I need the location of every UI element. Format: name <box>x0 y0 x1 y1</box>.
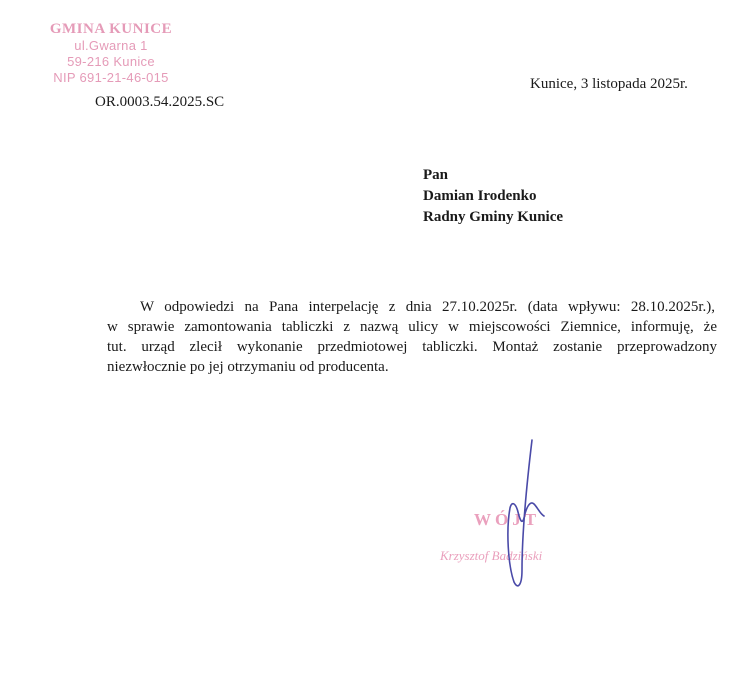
municipality-stamp: GMINA KUNICE ul.Gwarna 1 59-216 Kunice N… <box>26 20 196 86</box>
reference-number: OR.0003.54.2025.SC <box>95 94 224 111</box>
body-line: niezwłocznie po jej otrzymaniu od produc… <box>107 357 717 377</box>
letter-body: W odpowiedzi na Pana interpelację z dnia… <box>107 297 717 377</box>
addressee-salutation: Pan <box>423 165 563 186</box>
stamp-address-street: ul.Gwarna 1 <box>26 38 196 54</box>
addressee-block: Pan Damian Irodenko Radny Gminy Kunice <box>423 165 563 228</box>
body-line: w sprawie zamontowania tabliczki z nazwą… <box>107 317 717 337</box>
addressee-role: Radny Gminy Kunice <box>423 207 563 228</box>
body-line: W odpowiedzi na Pana interpelację z dnia… <box>107 297 717 317</box>
handwritten-signature-icon <box>430 430 610 600</box>
stamp-title: GMINA KUNICE <box>26 20 196 38</box>
signature-block: WÓJT Krzysztof Badziński <box>430 430 610 600</box>
stamp-address-postal: 59-216 Kunice <box>26 54 196 70</box>
date-line: Kunice, 3 listopada 2025r. <box>530 76 688 93</box>
stamp-nip: NIP 691-21-46-015 <box>26 70 196 86</box>
body-line: tut. urząd zlecił wykonanie przedmiotowe… <box>107 337 717 357</box>
addressee-name: Damian Irodenko <box>423 186 563 207</box>
